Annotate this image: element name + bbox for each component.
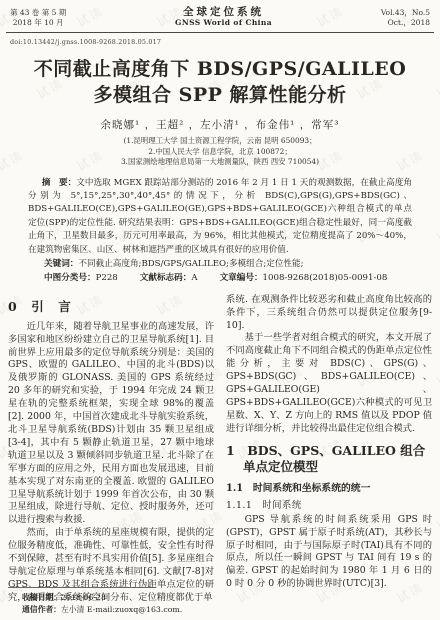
keywords-line: 关键词：不同截止高度角;BDS/GPS/GALILEO;多模组合;定位性能; [28, 258, 412, 271]
abstract-paragraph: 摘 要：文中选取 MGEX 跟踪站部分测站的 2016 年 2 月 1 日 1 … [28, 177, 412, 257]
journal-title-cn: 全球定位系统 [175, 7, 272, 18]
doc-code-value: A [191, 273, 197, 283]
corresponding-author-line: 通信作者：左小清 E-mail:zuoxq@163.com. [8, 604, 220, 616]
right-column: 系统. 在观测条件比较恶劣和截止高度角比较高的条件下，三系统组合仍然可以提供定位… [226, 294, 432, 605]
keywords-text: 不同截止高度角;BDS/GPS/GALILEO;多模组合;定位性能; [78, 259, 303, 269]
time-system-paragraph: GPS 导航系统的时间系统采用 GPS 时 (GPST)，GPST 属于原子时系… [226, 514, 432, 591]
intro-paragraph-1: 近几年来，随着导航卫星事业的高速发展，许多国家和地区纷纷建立自己的卫星导航系统[… [8, 321, 214, 528]
paper-page: 第 43 卷 第 5 期 2018 年 10 月 全球定位系统 GNSS Wor… [0, 0, 440, 620]
issue-date-en: Oct.，2018 [381, 18, 430, 28]
intro-paragraph-2-continued: 系统. 在观测条件比较恶劣和截止高度角比较高的条件下，三系统组合仍然可以提供定位… [226, 294, 432, 333]
article-title-line2: 多模组合 SPP 解算性能分析 [0, 82, 440, 108]
abstract-text: 文中选取 MGEX 跟踪站部分测站的 2016 年 2 月 1 日 1 天的观测… [28, 178, 412, 255]
article-title: 不同截止高度角下 BDS/GPS/GALILEO 多模组合 SPP 解算性能分析 [0, 56, 440, 108]
affiliation-3: 3.国家测绘地理信息局第一大地测量队，陕西 西安 710054) [0, 157, 440, 168]
article-no-value: 1008-9268(2018)05-0091-08 [263, 273, 388, 283]
journal-title: 全球定位系统 GNSS World of China [175, 7, 272, 28]
abstract-label: 摘 要： [42, 178, 77, 188]
issue-date-cn: 2018 年 10 月 [10, 18, 66, 28]
footnote-block: 收稿日期：2018-06-28 通信作者：左小清 E-mail:zuoxq@16… [8, 587, 220, 615]
classification-line: 中图分类号：P228 文献标志码：A 文章编号：1008-9268(2018)0… [28, 272, 412, 285]
affiliation-1: (1.昆明理工大学 国土资源工程学院，云南 昆明 650093； [0, 136, 440, 147]
issue-info: 第 43 卷 第 5 期 2018 年 10 月 [10, 8, 66, 28]
left-column: 0 引 言 近几年来，随着导航卫星事业的高速发展，许多国家和地区纷纷建立自己的卫… [8, 294, 214, 605]
corresponding-author-value: 左小清 E-mail:zuoxq@163.com. [61, 605, 182, 614]
affiliation-2: 2.中国人民大学 信息学院，北京 100872； [0, 147, 440, 158]
doi-line: doi:10.13442/j.gnss.1008-9268.2018.05.01… [0, 33, 440, 46]
section-0-heading: 0 引 言 [8, 297, 214, 315]
journal-title-en: GNSS World of China [175, 18, 272, 28]
doc-code-label: 文献标志码： [140, 273, 192, 283]
abstract-block: 摘 要：文中选取 MGEX 跟踪站部分测站的 2016 年 2 月 1 日 1 … [28, 177, 412, 257]
volume-issue-en: Vol.43，No.5 [381, 8, 430, 18]
journal-header: 第 43 卷 第 5 期 2018 年 10 月 全球定位系统 GNSS Wor… [0, 0, 440, 30]
footnote-rule [8, 587, 156, 588]
clc-pair: 中图分类号：P228 [44, 272, 118, 285]
affiliations: (1.昆明理工大学 国土资源工程学院，云南 昆明 650093； 2.中国人民大… [0, 136, 440, 168]
issue-info-en: Vol.43，No.5 Oct.，2018 [381, 8, 430, 28]
doc-code-pair: 文献标志码：A [140, 272, 198, 285]
section-1-1-1-heading: 1.1.1 时间系统 [226, 497, 432, 511]
article-no-label: 文章编号： [220, 273, 263, 283]
section-1-1-heading: 1.1 时间系统和坐标系统的统一 [226, 480, 432, 494]
received-date-line: 收稿日期：2018-06-28 [8, 592, 220, 604]
article-title-line1: 不同截止高度角下 BDS/GPS/GALILEO [0, 56, 440, 82]
clc-label: 中图分类号： [44, 273, 96, 283]
clc-value: P228 [96, 273, 118, 283]
authors-line: 余晓娜¹ ，王超² ，左小清¹ ，布金伟¹ ，常军³ [0, 117, 440, 132]
intro-paragraph-3: 基于一些学者对组合模式的研究，本文开展了不同高度截止角下不同组合模式的伪距单点定… [226, 332, 432, 435]
volume-issue: 第 43 卷 第 5 期 [10, 8, 66, 18]
received-date-label: 收稿日期： [22, 593, 61, 602]
article-no-pair: 文章编号：1008-9268(2018)05-0091-08 [220, 272, 388, 285]
corresponding-author-label: 通信作者： [22, 605, 61, 614]
keywords-label: 关键词： [44, 259, 78, 269]
section-1-heading: 1 BDS、GPS、GALILEO 组合单点定位模型 [226, 443, 432, 475]
received-date-value: 2018-06-28 [61, 593, 106, 602]
body-columns: 0 引 言 近几年来，随着导航卫星事业的高速发展，许多国家和地区纷纷建立自己的卫… [0, 286, 440, 605]
